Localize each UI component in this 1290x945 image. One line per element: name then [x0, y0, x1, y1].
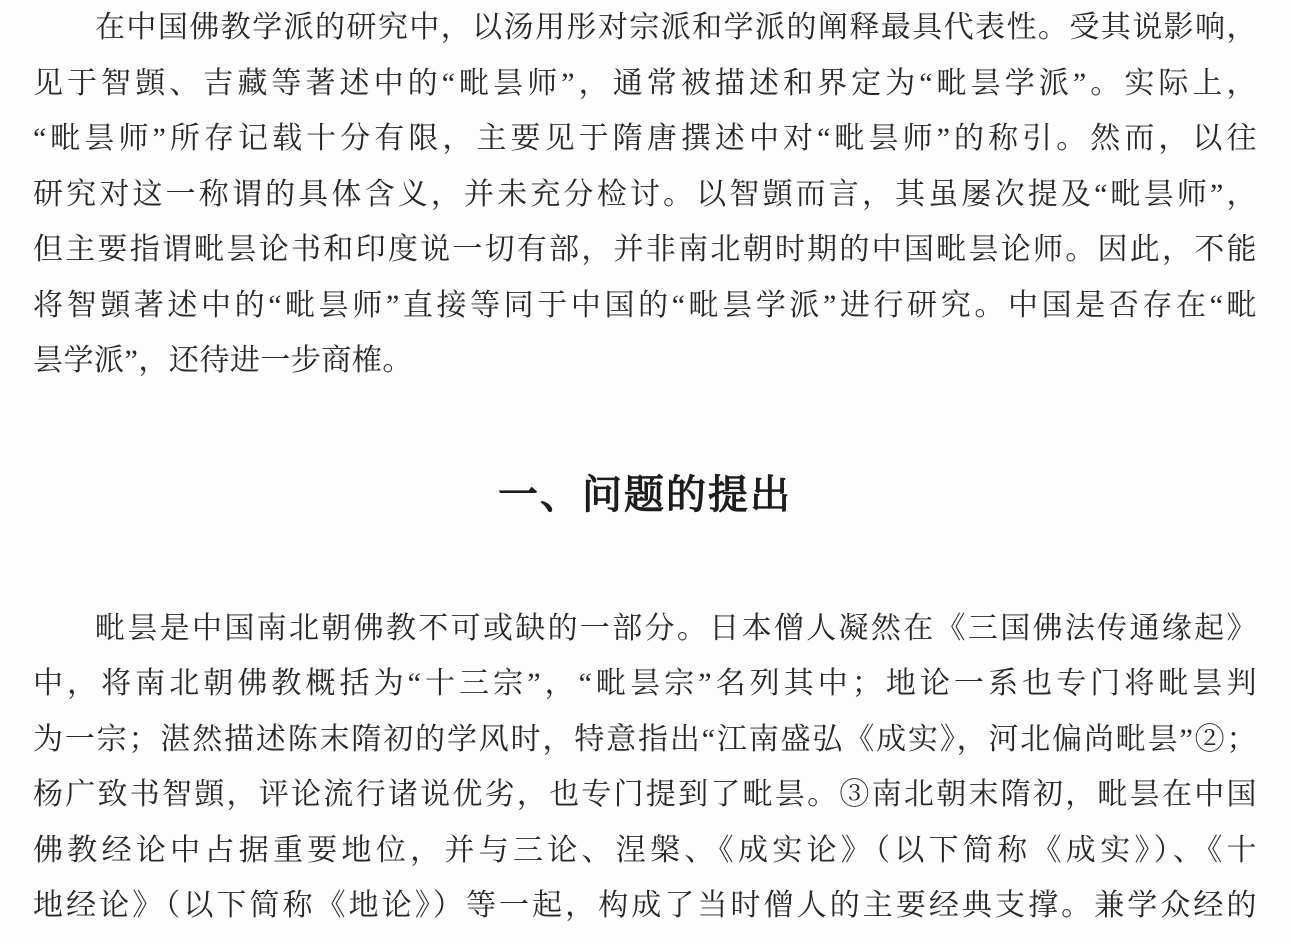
text-line: 见于智顗、吉藏等著述中的“毗昙师”，通常被描述和界定为“毗昙学派”。实际上，	[33, 56, 1257, 112]
scanned-document-page: 在中国佛教学派的研究中，以汤用彤对宗派和学派的阐释最具代表性。受其说影响， 见于…	[0, 0, 1290, 945]
text-line: 地经论》（以下简称《地论》）等一起，构成了当时僧人的主要经典支撑。兼学众经的	[33, 878, 1257, 934]
paragraph-1: 在中国佛教学派的研究中，以汤用彤对宗派和学派的阐释最具代表性。受其说影响， 见于…	[33, 0, 1257, 389]
text-line: 为一宗；湛然描述陈末隋初的学风时，特意指出“江南盛弘《成实》，河北偏尚毗昙”②；	[33, 712, 1257, 768]
text-line: 杨广致书智顗，评论流行诸说优劣，也专门提到了毗昙。③南北朝末隋初，毗昙在中国	[33, 767, 1257, 823]
paragraph-2: 毗昙是中国南北朝佛教不可或缺的一部分。日本僧人凝然在《三国佛法传通缘起》 中，将…	[33, 601, 1257, 934]
text-line: 将智顗著述中的“毗昙师”直接等同于中国的“毗昙学派”进行研究。中国是否存在“毗	[33, 278, 1257, 334]
text-line: 中，将南北朝佛教概括为“十三宗”，“毗昙宗”名列其中；地论一系也专门将毗昙判	[33, 656, 1257, 712]
text-line: 昙学派”，还待进一步商榷。	[33, 333, 1257, 389]
text-line: 毗昙是中国南北朝佛教不可或缺的一部分。日本僧人凝然在《三国佛法传通缘起》	[33, 601, 1257, 657]
text-line: 在中国佛教学派的研究中，以汤用彤对宗派和学派的阐释最具代表性。受其说影响，	[33, 0, 1257, 56]
section-heading: 一、问题的提出	[33, 473, 1257, 517]
text-line: 佛教经论中占据重要地位，并与三论、涅槃、《成实论》（以下简称《成实》）、《十	[33, 823, 1257, 879]
text-line: 研究对这一称谓的具体含义，并未充分检讨。以智顗而言，其虽屡次提及“毗昙师”，	[33, 167, 1257, 223]
text-line: 但主要指谓毗昙论书和印度说一切有部，并非南北朝时期的中国毗昙论师。因此，不能	[33, 222, 1257, 278]
text-line: “毗昙师”所存记载十分有限，主要见于隋唐撰述中对“毗昙师”的称引。然而，以往	[33, 111, 1257, 167]
page-content: 在中国佛教学派的研究中，以汤用彤对宗派和学派的阐释最具代表性。受其说影响， 见于…	[33, 0, 1257, 934]
